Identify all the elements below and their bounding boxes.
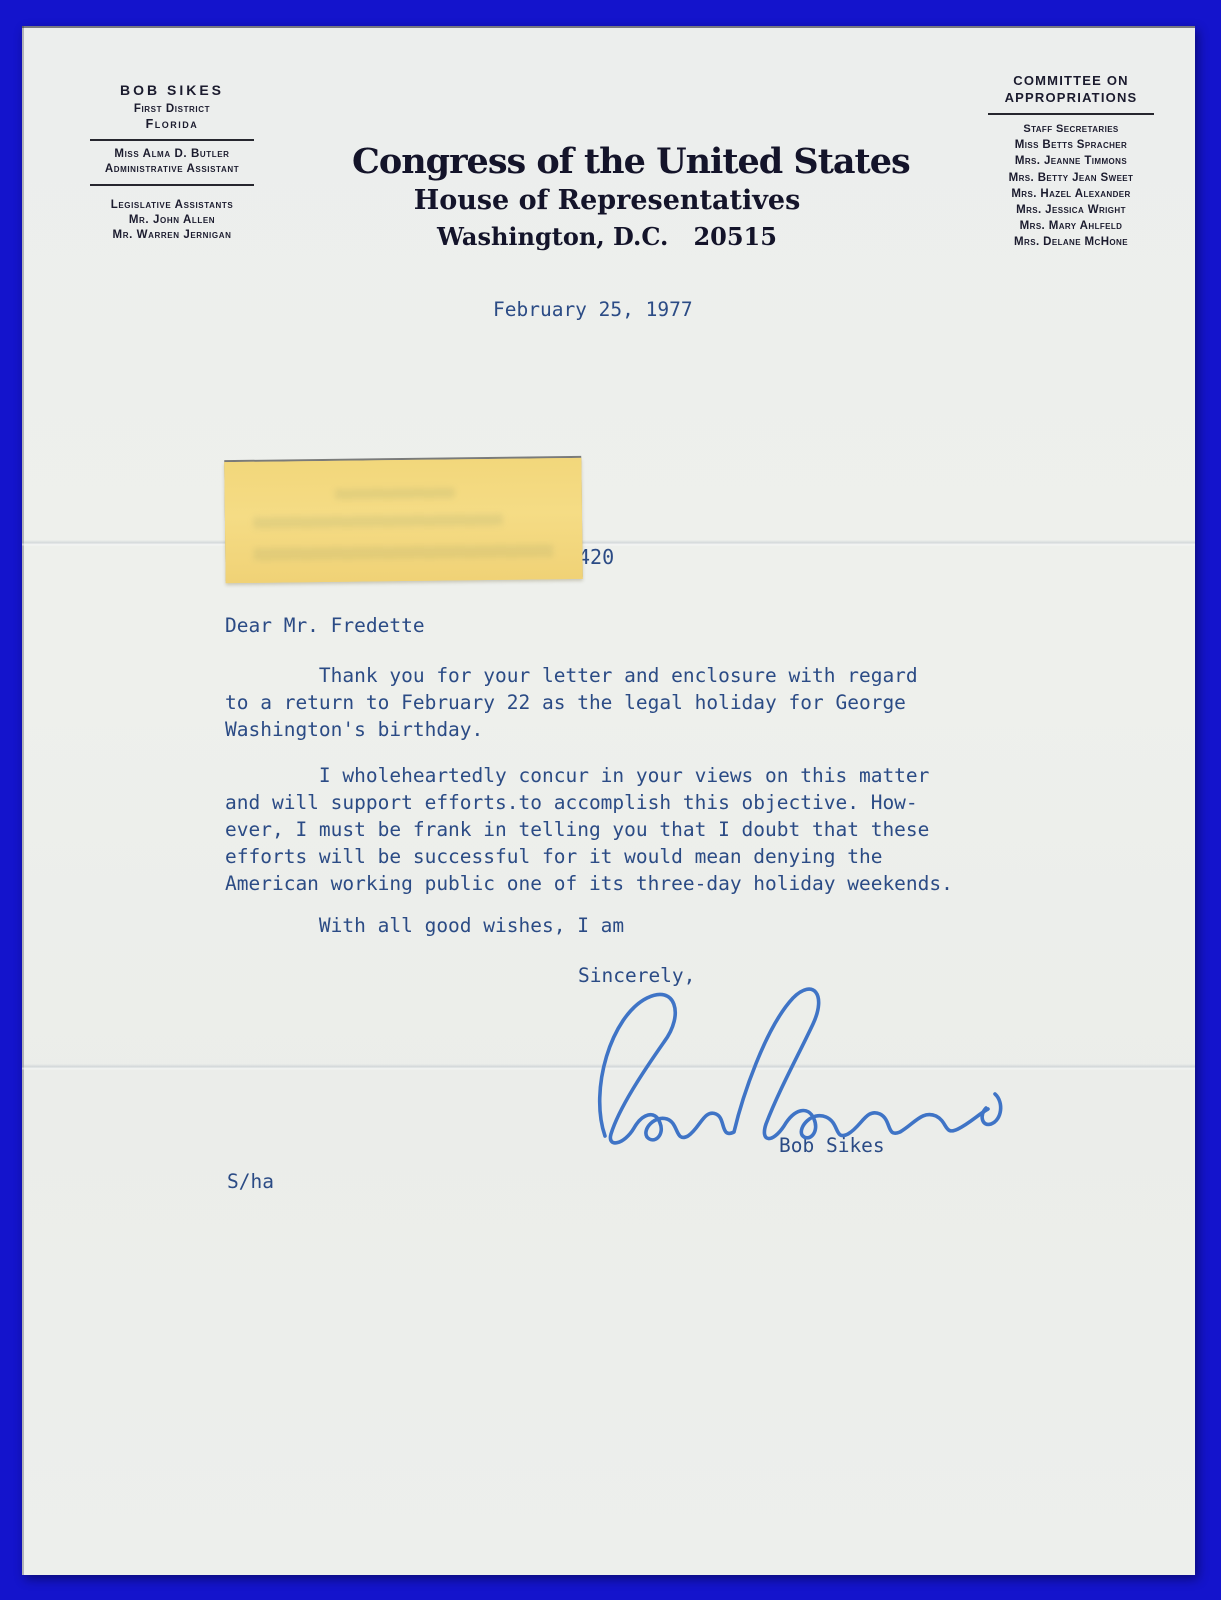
body-paragraph-1: Thank you for your letter and enclosure …	[225, 662, 918, 743]
divider-line	[90, 184, 254, 186]
masthead-line-house: House of Representatives	[352, 182, 862, 219]
legislative-assistants-heading: Legislative Assistants	[82, 198, 262, 213]
committee-name-line1: COMMITTEE ON	[980, 72, 1162, 89]
staff-secretary-name: Mrs. Jeanne Timmons	[980, 153, 1162, 169]
member-info-block: BOB SIKES First District Florida Miss Al…	[82, 82, 262, 243]
committee-name-line2: APPROPRIATIONS	[980, 89, 1162, 106]
legislative-assistant-name: Mr. Warren Jernigan	[82, 228, 262, 243]
redaction-sticker	[224, 458, 582, 583]
assistant-title: Administrative Assistant	[82, 162, 262, 177]
obscured-text-smudge	[253, 544, 553, 561]
staff-secretary-name: Mrs. Betty Jean Sweet	[980, 170, 1162, 186]
member-district: First District	[82, 102, 262, 117]
obscured-text-smudge	[335, 487, 455, 499]
obscured-text-smudge	[253, 514, 503, 529]
typist-reference-initials: S/ha	[227, 1168, 274, 1195]
member-name: BOB SIKES	[82, 82, 262, 98]
staff-secretary-name: Miss Betts Spracher	[980, 137, 1162, 153]
staff-secretary-name: Mrs. Mary Ahlfeld	[980, 218, 1162, 234]
masthead-line-city: Washington, D.C. 20515	[352, 219, 862, 255]
staff-secretaries-heading: Staff Secretaries	[980, 121, 1162, 137]
divider-line	[988, 113, 1154, 115]
divider-line	[90, 139, 254, 141]
congress-masthead: Congress of the United States House of R…	[352, 142, 862, 255]
body-paragraph-2: I wholeheartedly concur in your views on…	[225, 762, 953, 897]
closing-line: With all good wishes, I am	[225, 912, 624, 939]
staff-secretary-name: Mrs. Jessica Wright	[980, 202, 1162, 218]
salutation: Dear Mr. Fredette	[225, 612, 425, 639]
scanned-letter-paper: BOB SIKES First District Florida Miss Al…	[22, 26, 1195, 1575]
letter-date: February 25, 1977	[493, 296, 693, 323]
staff-secretary-name: Mrs. Delane McHone	[980, 234, 1162, 250]
member-state: Florida	[82, 117, 262, 132]
staff-secretary-name: Mrs. Hazel Alexander	[980, 186, 1162, 202]
committee-block: COMMITTEE ON APPROPRIATIONS Staff Secret…	[980, 72, 1162, 251]
signature-ink	[567, 978, 1007, 1178]
masthead-line-congress: Congress of the United States	[352, 142, 862, 182]
assistant-name: Miss Alma D. Butler	[82, 147, 262, 162]
legislative-assistant-name: Mr. John Allen	[82, 213, 262, 228]
address-zip-fragment: 420	[578, 544, 614, 571]
